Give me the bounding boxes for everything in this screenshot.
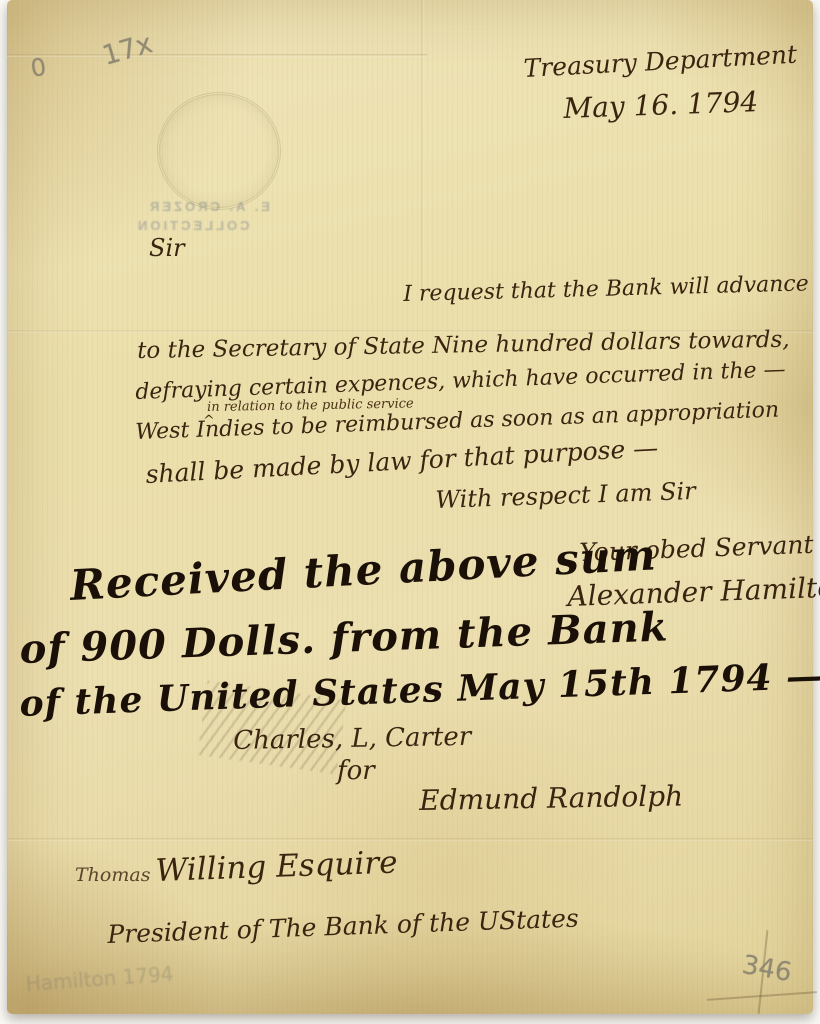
addressee-first-name: Thomas (75, 866, 150, 885)
receipt-for-label: for (337, 758, 375, 784)
pencil-mark-17x: 17x (99, 28, 156, 72)
embossed-seal (157, 92, 281, 210)
letter-paper: E. A. CROZER COLLECTION 0 17x Treasury D… (7, 0, 813, 1014)
pencil-mark-zero: 0 (29, 53, 48, 83)
receipt-signer: Charles, L, Carter (233, 724, 471, 754)
body-line-1: I request that the Bank will advance (403, 273, 809, 306)
stamp-text-line2: COLLECTION (135, 218, 250, 233)
fold-crease-bottom (7, 838, 813, 841)
stamp-text-line1: E. A. CROZER (147, 199, 270, 214)
receipt-line-2: of 900 Dolls. from the Bank (19, 607, 669, 670)
receipt-principal: Edmund Randolph (419, 782, 683, 815)
corner-crack-line-2 (707, 991, 817, 1001)
body-line-5: shall be made by law for that purpose — (145, 435, 659, 487)
body-line-3: defraying certain expences, which have o… (135, 359, 786, 404)
fold-crease-top (7, 54, 427, 57)
salutation: Sir (149, 236, 185, 260)
scanned-letter: E. A. CROZER COLLECTION 0 17x Treasury D… (0, 0, 820, 1024)
body-line-2: to the Secretary of State Nine hundred d… (137, 329, 790, 363)
letterhead-date: May 16. 1794 (563, 88, 759, 123)
addressee-surname: Willing Esquire (155, 848, 398, 887)
addressee-title: President of The Bank of the UStates (107, 906, 579, 947)
page-number: 346 (740, 950, 794, 988)
closing-line: With respect I am Sir (435, 479, 696, 512)
pencil-note-bottom-left: Hamilton 1794 (25, 962, 174, 996)
fold-crease-vertical (421, 0, 424, 300)
letterhead-office: Treasury Department (523, 42, 798, 81)
